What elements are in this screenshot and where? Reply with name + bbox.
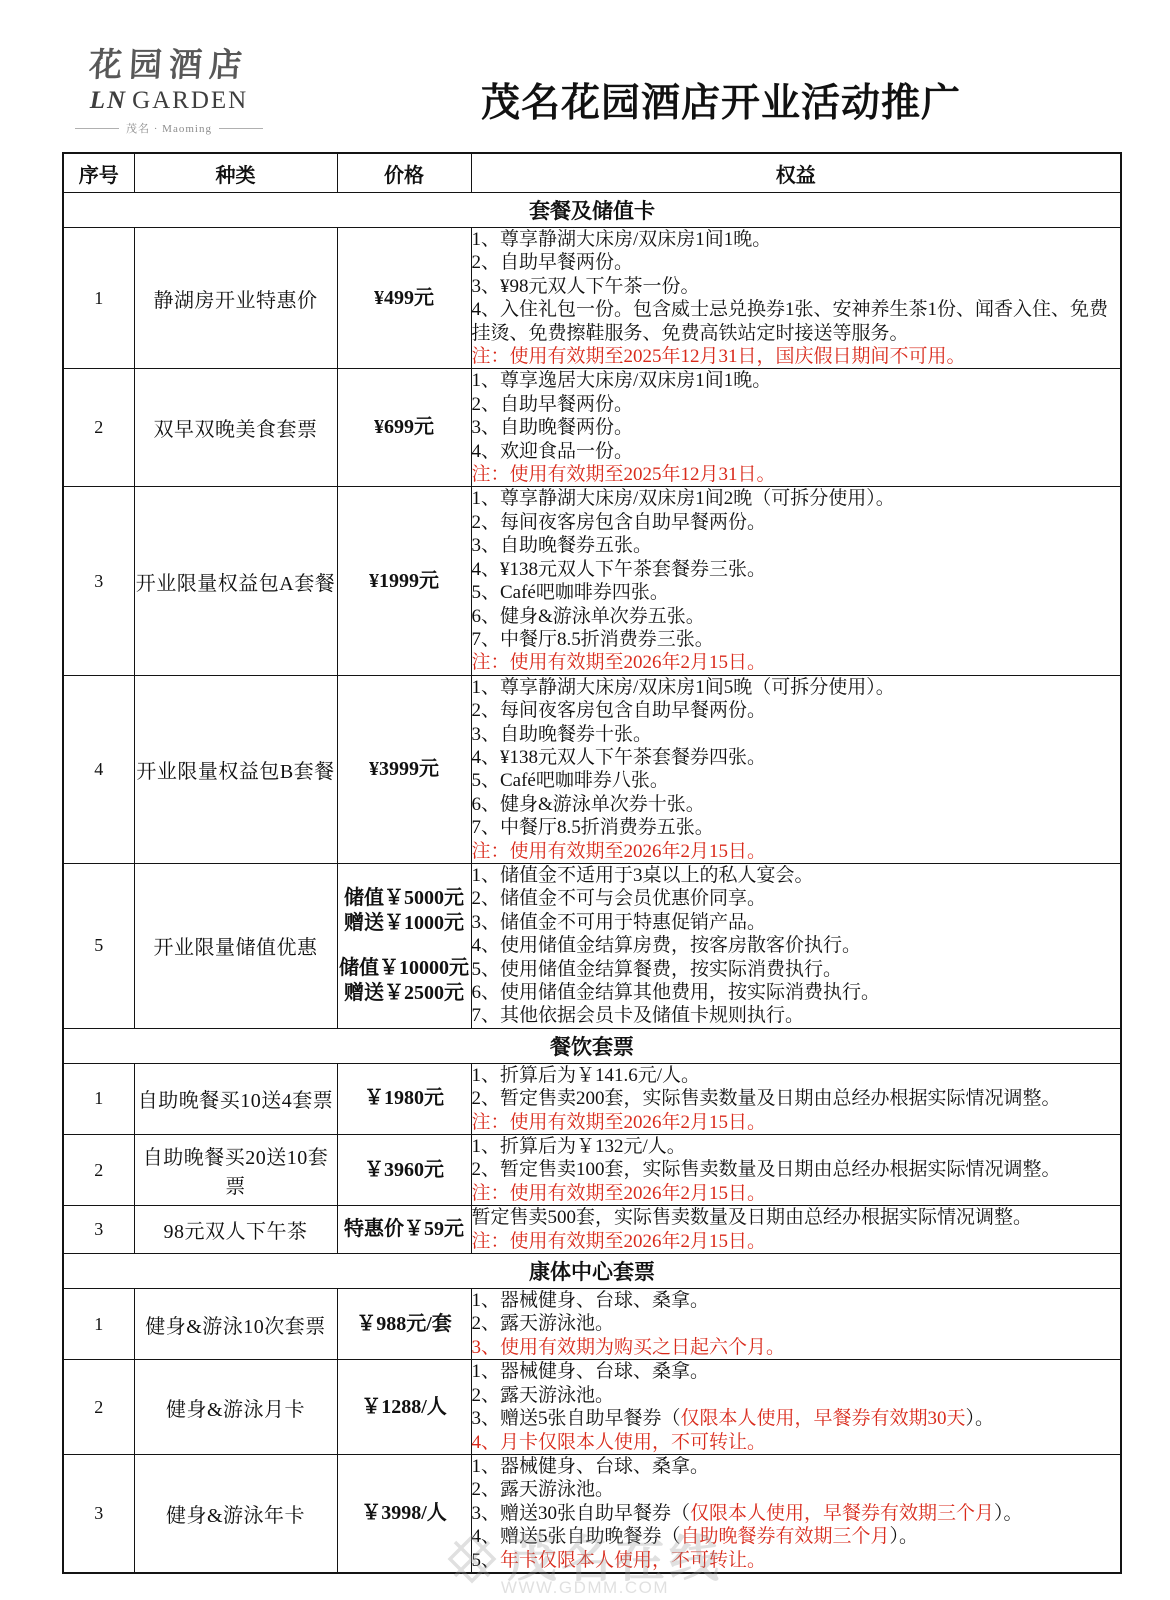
benefit-text: 2、暂定售卖200套，实际售卖数量及日期由总经办根据实际情况调整。 xyxy=(472,1088,1061,1109)
kind-cell: 健身&游泳月卡 xyxy=(134,1360,337,1455)
benefits-cell: 1、器械健身、台球、桑拿。2、露天游泳池。3、赠送5张自助早餐券（仅限本人使用，… xyxy=(471,1360,1121,1455)
benefits-cell: 1、折算后为￥141.6元/人。2、暂定售卖200套，实际售卖数量及日期由总经办… xyxy=(471,1063,1121,1134)
logo-garden-text: GARDEN xyxy=(132,87,248,114)
benefit-text: 7、其他依据会员卡及储值卡规则执行。 xyxy=(472,1005,805,1026)
section-row: 康体中心套票 xyxy=(63,1254,1121,1289)
col-header-1: 序号 xyxy=(63,153,134,193)
benefit-text: 4、¥138元双人下午茶套餐券三张。 xyxy=(472,559,767,580)
row-number-cell: 3 xyxy=(63,1454,134,1573)
price-cell: ¥1999元 xyxy=(337,487,471,675)
note-text: 注：使用有效期至2026年2月15日。 xyxy=(472,1183,767,1204)
benefit-line: 3、储值金不可用于特惠促销产品。 xyxy=(472,911,1121,934)
benefit-line: 5、年卡仅限本人使用，不可转让。 xyxy=(472,1549,1121,1572)
price-gap xyxy=(338,936,471,956)
benefit-text: 7、中餐厅8.5折消费券三张。 xyxy=(472,629,714,650)
benefit-line: 4、¥138元双人下午茶套餐券四张。 xyxy=(472,746,1121,769)
benefits-cell: 1、尊享静湖大床房/双床房1间2晚（可拆分使用）。2、每间夜客房包含自助早餐两份… xyxy=(471,487,1121,675)
benefit-line: 3、自助晚餐两份。 xyxy=(472,416,1121,439)
kind-cell: 自助晚餐买10送4套票 xyxy=(134,1063,337,1134)
benefit-line: 注：使用有效期至2026年2月15日。 xyxy=(472,1111,1121,1134)
logo-ln-mark: LN xyxy=(90,87,127,114)
logo-chinese-name: 花园酒店 xyxy=(63,46,275,86)
benefit-line: 7、中餐厅8.5折消费券五张。 xyxy=(472,816,1121,839)
kind-cell: 开业限量权益包A套餐 xyxy=(134,487,337,675)
table-header-row: 序号种类价格权益 xyxy=(63,153,1121,193)
benefit-text: 5、Café吧咖啡券四张。 xyxy=(472,582,669,603)
price-line: ￥3998/人 xyxy=(338,1501,471,1526)
table-row: 2双早双晚美食套票¥699元1、尊享逸居大床房/双床房1间1晚。2、自助早餐两份… xyxy=(63,369,1121,487)
note-text: 注：使用有效期至2026年2月15日。 xyxy=(472,1231,767,1252)
benefit-line: 1、折算后为￥141.6元/人。 xyxy=(472,1064,1121,1087)
benefit-line: 注：使用有效期至2026年2月15日。 xyxy=(472,840,1121,863)
section-title: 餐饮套票 xyxy=(63,1028,1121,1063)
benefit-text: 1、折算后为￥141.6元/人。 xyxy=(472,1065,701,1086)
benefit-text: 1、器械健身、台球、桑拿。 xyxy=(472,1456,710,1477)
benefit-line: 1、尊享逸居大床房/双床房1间1晚。 xyxy=(472,369,1121,392)
benefit-text: 3、自助晚餐两份。 xyxy=(472,417,634,438)
row-number-cell: 3 xyxy=(63,487,134,675)
price-line: 储值￥5000元 xyxy=(338,886,471,911)
benefit-line: 2、暂定售卖100套，实际售卖数量及日期由总经办根据实际情况调整。 xyxy=(472,1158,1121,1181)
benefit-line: 4、欢迎食品一份。 xyxy=(472,440,1121,463)
price-line: ￥3960元 xyxy=(338,1158,471,1183)
benefit-line: 6、健身&游泳单次券十张。 xyxy=(472,793,1121,816)
benefit-text: 2、暂定售卖100套，实际售卖数量及日期由总经办根据实际情况调整。 xyxy=(472,1159,1061,1180)
benefit-text: 3、赠送5张自助早餐券（ xyxy=(472,1408,681,1429)
benefit-text: 3、自助晚餐券五张。 xyxy=(472,535,653,556)
benefit-text: 6、健身&游泳单次券五张。 xyxy=(472,606,705,627)
table-row: 3健身&游泳年卡￥3998/人1、器械健身、台球、桑拿。2、露天游泳池。3、赠送… xyxy=(63,1454,1121,1573)
benefit-line: 2、自助早餐两份。 xyxy=(472,393,1121,416)
benefit-text: 2、露天游泳池。 xyxy=(472,1479,615,1500)
row-number-cell: 2 xyxy=(63,1360,134,1455)
benefits-cell: 1、折算后为￥132元/人。2、暂定售卖100套，实际售卖数量及日期由总经办根据… xyxy=(471,1135,1121,1206)
benefit-line: 1、尊享静湖大床房/双床房1间5晚（可拆分使用）。 xyxy=(472,676,1121,699)
benefit-text: ）。 xyxy=(966,1408,995,1429)
benefit-line: 2、露天游泳池。 xyxy=(472,1384,1121,1407)
logo-rule-left xyxy=(75,128,119,129)
row-number-cell: 5 xyxy=(63,863,134,1028)
benefit-text: 1、尊享静湖大床房/双床房1间1晚。 xyxy=(472,229,772,250)
benefit-text: ）。 xyxy=(890,1526,919,1547)
benefit-text: 1、器械健身、台球、桑拿。 xyxy=(472,1361,710,1382)
kind-cell: 开业限量储值优惠 xyxy=(134,863,337,1028)
benefit-line: 7、其他依据会员卡及储值卡规则执行。 xyxy=(472,1004,1121,1027)
benefit-line: 5、Café吧咖啡券四张。 xyxy=(472,581,1121,604)
kind-cell: 开业限量权益包B套餐 xyxy=(134,675,337,863)
benefit-text: ）。 xyxy=(994,1503,1023,1524)
benefit-text: 4、欢迎食品一份。 xyxy=(472,441,634,462)
benefit-line: 3、自助晚餐券十张。 xyxy=(472,723,1121,746)
benefit-text: 5、 xyxy=(472,1550,501,1571)
kind-cell: 静湖房开业特惠价 xyxy=(134,228,337,369)
benefit-line: 3、自助晚餐券五张。 xyxy=(472,534,1121,557)
price-cell: 储值￥5000元赠送￥1000元储值￥10000元赠送￥2500元 xyxy=(337,863,471,1028)
benefit-line: 3、¥98元双人下午茶一份。 xyxy=(472,275,1121,298)
price-line: 储值￥10000元 xyxy=(338,956,471,981)
benefit-line: 注：使用有效期至2026年2月15日。 xyxy=(472,1182,1121,1205)
benefit-line: 4、月卡仅限本人使用，不可转让。 xyxy=(472,1431,1121,1454)
kind-cell: 双早双晚美食套票 xyxy=(134,369,337,487)
note-text: 4、月卡仅限本人使用，不可转让。 xyxy=(472,1432,767,1453)
page: 花园酒店 LNGARDEN 茂名 · Maoming 茂名花园酒店开业活动推广 … xyxy=(0,0,1170,1600)
benefit-line: 3、赠送5张自助早餐券（仅限本人使用，早餐券有效期30天）。 xyxy=(472,1407,1121,1430)
note-text: 仅限本人使用，早餐券有效期三个月 xyxy=(690,1503,994,1524)
table-row: 5开业限量储值优惠储值￥5000元赠送￥1000元储值￥10000元赠送￥250… xyxy=(63,863,1121,1028)
benefit-line: 2、每间夜客房包含自助早餐两份。 xyxy=(472,699,1121,722)
logo-city-text: 茂名 · Maoming xyxy=(126,120,212,136)
benefit-line: 4、¥138元双人下午茶套餐券三张。 xyxy=(472,558,1121,581)
table-row: 3开业限量权益包A套餐¥1999元1、尊享静湖大床房/双床房1间2晚（可拆分使用… xyxy=(63,487,1121,675)
price-line: ¥3999元 xyxy=(338,757,471,782)
note-text: 3、使用有效期为购买之日起六个月。 xyxy=(472,1337,786,1358)
benefit-text: 2、自助早餐两份。 xyxy=(472,394,634,415)
benefit-text: 4、赠送5张自助晚餐券（ xyxy=(472,1526,681,1547)
col-header-2: 种类 xyxy=(134,153,337,193)
col-header-3: 价格 xyxy=(337,153,471,193)
benefit-text: 暂定售卖500套，实际售卖数量及日期由总经办根据实际情况调整。 xyxy=(472,1207,1033,1228)
table-row: 2自助晚餐买20送10套票￥3960元1、折算后为￥132元/人。2、暂定售卖1… xyxy=(63,1135,1121,1206)
price-line: 赠送￥1000元 xyxy=(338,911,471,936)
benefit-text: 4、¥138元双人下午茶套餐券四张。 xyxy=(472,747,767,768)
benefit-text: 1、尊享逸居大床房/双床房1间1晚。 xyxy=(472,370,772,391)
price-cell: ¥3999元 xyxy=(337,675,471,863)
benefit-line: 注：使用有效期至2026年2月15日。 xyxy=(472,1230,1121,1253)
price-cell: ¥699元 xyxy=(337,369,471,487)
table-row: 398元双人下午茶特惠价￥59元暂定售卖500套，实际售卖数量及日期由总经办根据… xyxy=(63,1206,1121,1254)
benefits-cell: 暂定售卖500套，实际售卖数量及日期由总经办根据实际情况调整。注：使用有效期至2… xyxy=(471,1206,1121,1254)
price-cell: 特惠价￥59元 xyxy=(337,1206,471,1254)
benefits-cell: 1、尊享静湖大床房/双床房1间1晚。2、自助早餐两份。3、¥98元双人下午茶一份… xyxy=(471,228,1121,369)
price-line: ￥1980元 xyxy=(338,1086,471,1111)
benefit-text: 1、器械健身、台球、桑拿。 xyxy=(472,1290,710,1311)
row-number-cell: 4 xyxy=(63,675,134,863)
benefits-cell: 1、储值金不适用于3桌以上的私人宴会。2、储值金不可与会员优惠价同享。3、储值金… xyxy=(471,863,1121,1028)
benefit-text: 6、健身&游泳单次券十张。 xyxy=(472,794,705,815)
row-number-cell: 1 xyxy=(63,1289,134,1360)
table-row: 4开业限量权益包B套餐¥3999元1、尊享静湖大床房/双床房1间5晚（可拆分使用… xyxy=(63,675,1121,863)
benefit-line: 1、器械健身、台球、桑拿。 xyxy=(472,1360,1121,1383)
section-title: 套餐及储值卡 xyxy=(63,193,1121,228)
promo-table: 序号种类价格权益套餐及储值卡1静湖房开业特惠价¥499元1、尊享静湖大床房/双床… xyxy=(62,152,1122,1574)
price-line: ￥988元/套 xyxy=(338,1312,471,1337)
section-title: 康体中心套票 xyxy=(63,1254,1121,1289)
price-line: ¥499元 xyxy=(338,286,471,311)
note-text: 注：使用有效期至2025年12月31日，国庆假日期间不可用。 xyxy=(472,346,966,367)
table-row: 1自助晚餐买10送4套票￥1980元1、折算后为￥141.6元/人。2、暂定售卖… xyxy=(63,1063,1121,1134)
price-cell: ￥1288/人 xyxy=(337,1360,471,1455)
note-text: 年卡仅限本人使用，不可转让。 xyxy=(500,1550,766,1571)
price-line: ￥1288/人 xyxy=(338,1395,471,1420)
benefit-line: 3、赠送30张自助早餐券（仅限本人使用，早餐券有效期三个月）。 xyxy=(472,1502,1121,1525)
hotel-logo: 花园酒店 LNGARDEN 茂名 · Maoming xyxy=(64,46,274,136)
benefit-line: 1、尊享静湖大床房/双床房1间2晚（可拆分使用）。 xyxy=(472,487,1121,510)
benefit-text: 6、使用储值金结算其他费用，按实际消费执行。 xyxy=(472,982,881,1003)
note-text: 自助晚餐券有效期三个月 xyxy=(681,1526,890,1547)
benefit-text: 5、使用储值金结算餐费，按实际消费执行。 xyxy=(472,959,843,980)
kind-cell: 自助晚餐买20送10套票 xyxy=(134,1135,337,1206)
price-cell: ¥499元 xyxy=(337,228,471,369)
benefit-text: 1、储值金不适用于3桌以上的私人宴会。 xyxy=(472,865,814,886)
price-line: 赠送￥2500元 xyxy=(338,981,471,1006)
col-header-4: 权益 xyxy=(471,153,1121,193)
price-line: ¥699元 xyxy=(338,415,471,440)
benefit-line: 4、使用储值金结算房费，按客房散客价执行。 xyxy=(472,934,1121,957)
benefit-text: 2、自助早餐两份。 xyxy=(472,252,634,273)
benefit-text: 4、使用储值金结算房费，按客房散客价执行。 xyxy=(472,935,862,956)
benefit-text: 2、每间夜客房包含自助早餐两份。 xyxy=(472,512,767,533)
benefit-text: 2、储值金不可与会员优惠价同享。 xyxy=(472,888,767,909)
benefit-text: 4、入住礼包一份。包含威士忌兑换券1张、安神养生茶1份、闻香入住、免费挂烫、免费… xyxy=(472,299,1109,343)
note-text: 仅限本人使用，早餐券有效期30天 xyxy=(681,1408,966,1429)
benefits-cell: 1、器械健身、台球、桑拿。2、露天游泳池。3、赠送30张自助早餐券（仅限本人使用… xyxy=(471,1454,1121,1573)
logo-subtitle: 茂名 · Maoming xyxy=(64,120,274,136)
benefits-cell: 1、尊享静湖大床房/双床房1间5晚（可拆分使用）。2、每间夜客房包含自助早餐两份… xyxy=(471,675,1121,863)
note-text: 注：使用有效期至2026年2月15日。 xyxy=(472,652,767,673)
kind-cell: 健身&游泳年卡 xyxy=(134,1454,337,1573)
benefit-line: 注：使用有效期至2025年12月31日，国庆假日期间不可用。 xyxy=(472,345,1121,368)
benefit-line: 注：使用有效期至2025年12月31日。 xyxy=(472,463,1121,486)
benefit-text: 1、折算后为￥132元/人。 xyxy=(472,1136,686,1157)
benefit-line: 6、使用储值金结算其他费用，按实际消费执行。 xyxy=(472,981,1121,1004)
benefit-text: 1、尊享静湖大床房/双床房1间5晚（可拆分使用）。 xyxy=(472,677,895,698)
document-header: 花园酒店 LNGARDEN 茂名 · Maoming 茂名花园酒店开业活动推广 xyxy=(62,46,1120,150)
benefit-text: 3、自助晚餐券十张。 xyxy=(472,724,653,745)
row-number-cell: 1 xyxy=(63,228,134,369)
watermark-url: WWW.GDMM.COM xyxy=(501,1578,669,1600)
benefit-text: 3、¥98元双人下午茶一份。 xyxy=(472,276,700,297)
benefit-line: 注：使用有效期至2026年2月15日。 xyxy=(472,651,1121,674)
section-row: 套餐及储值卡 xyxy=(63,193,1121,228)
row-number-cell: 1 xyxy=(63,1063,134,1134)
benefit-line: 2、露天游泳池。 xyxy=(472,1312,1121,1335)
benefit-text: 2、露天游泳池。 xyxy=(472,1385,615,1406)
benefit-line: 4、赠送5张自助晚餐券（自助晚餐券有效期三个月）。 xyxy=(472,1525,1121,1548)
table-row: 2健身&游泳月卡￥1288/人1、器械健身、台球、桑拿。2、露天游泳池。3、赠送… xyxy=(63,1360,1121,1455)
benefit-line: 6、健身&游泳单次券五张。 xyxy=(472,605,1121,628)
price-cell: ￥3998/人 xyxy=(337,1454,471,1573)
price-line: ¥1999元 xyxy=(338,569,471,594)
kind-cell: 98元双人下午茶 xyxy=(134,1206,337,1254)
benefit-line: 暂定售卖500套，实际售卖数量及日期由总经办根据实际情况调整。 xyxy=(472,1206,1121,1229)
benefit-line: 5、使用储值金结算餐费，按实际消费执行。 xyxy=(472,958,1121,981)
benefit-line: 2、每间夜客房包含自助早餐两份。 xyxy=(472,511,1121,534)
price-line: 特惠价￥59元 xyxy=(338,1217,471,1242)
section-row: 餐饮套票 xyxy=(63,1028,1121,1063)
row-number-cell: 2 xyxy=(63,1135,134,1206)
benefit-text: 3、储值金不可用于特惠促销产品。 xyxy=(472,912,767,933)
benefit-line: 2、自助早餐两份。 xyxy=(472,251,1121,274)
benefit-text: 7、中餐厅8.5折消费券五张。 xyxy=(472,817,714,838)
price-cell: ￥1980元 xyxy=(337,1063,471,1134)
note-text: 注：使用有效期至2026年2月15日。 xyxy=(472,1112,767,1133)
benefit-line: 3、使用有效期为购买之日起六个月。 xyxy=(472,1336,1121,1359)
row-number-cell: 3 xyxy=(63,1206,134,1254)
benefit-line: 2、露天游泳池。 xyxy=(472,1478,1121,1501)
benefits-cell: 1、器械健身、台球、桑拿。2、露天游泳池。3、使用有效期为购买之日起六个月。 xyxy=(471,1289,1121,1360)
row-number-cell: 2 xyxy=(63,369,134,487)
benefit-line: 7、中餐厅8.5折消费券三张。 xyxy=(472,628,1121,651)
benefit-line: 4、入住礼包一份。包含威士忌兑换券1张、安神养生茶1份、闻香入住、免费挂烫、免费… xyxy=(472,298,1121,345)
benefit-text: 3、赠送30张自助早餐券（ xyxy=(472,1503,691,1524)
benefit-text: 5、Café吧咖啡券八张。 xyxy=(472,770,669,791)
kind-cell: 健身&游泳10次套票 xyxy=(134,1289,337,1360)
benefit-line: 1、折算后为￥132元/人。 xyxy=(472,1135,1121,1158)
benefit-line: 1、储值金不适用于3桌以上的私人宴会。 xyxy=(472,864,1121,887)
table-row: 1静湖房开业特惠价¥499元1、尊享静湖大床房/双床房1间1晚。2、自助早餐两份… xyxy=(63,228,1121,369)
table-row: 1健身&游泳10次套票￥988元/套1、器械健身、台球、桑拿。2、露天游泳池。3… xyxy=(63,1289,1121,1360)
benefit-line: 1、器械健身、台球、桑拿。 xyxy=(472,1455,1121,1478)
benefit-text: 1、尊享静湖大床房/双床房1间2晚（可拆分使用）。 xyxy=(472,488,895,509)
note-text: 注：使用有效期至2025年12月31日。 xyxy=(472,464,776,485)
page-title: 茂名花园酒店开业活动推广 xyxy=(362,72,1080,128)
price-cell: ￥988元/套 xyxy=(337,1289,471,1360)
benefit-line: 2、暂定售卖200套，实际售卖数量及日期由总经办根据实际情况调整。 xyxy=(472,1087,1121,1110)
note-text: 注：使用有效期至2026年2月15日。 xyxy=(472,841,767,862)
benefit-text: 2、每间夜客房包含自助早餐两份。 xyxy=(472,700,767,721)
logo-rule-right xyxy=(219,128,263,129)
benefit-line: 1、尊享静湖大床房/双床房1间1晚。 xyxy=(472,228,1121,251)
logo-latin-name: LNGARDEN xyxy=(64,87,274,115)
benefit-line: 5、Café吧咖啡券八张。 xyxy=(472,769,1121,792)
price-cell: ￥3960元 xyxy=(337,1135,471,1206)
benefit-text: 2、露天游泳池。 xyxy=(472,1313,615,1334)
benefit-line: 1、器械健身、台球、桑拿。 xyxy=(472,1289,1121,1312)
benefit-line: 2、储值金不可与会员优惠价同享。 xyxy=(472,887,1121,910)
benefits-cell: 1、尊享逸居大床房/双床房1间1晚。2、自助早餐两份。3、自助晚餐两份。4、欢迎… xyxy=(471,369,1121,487)
